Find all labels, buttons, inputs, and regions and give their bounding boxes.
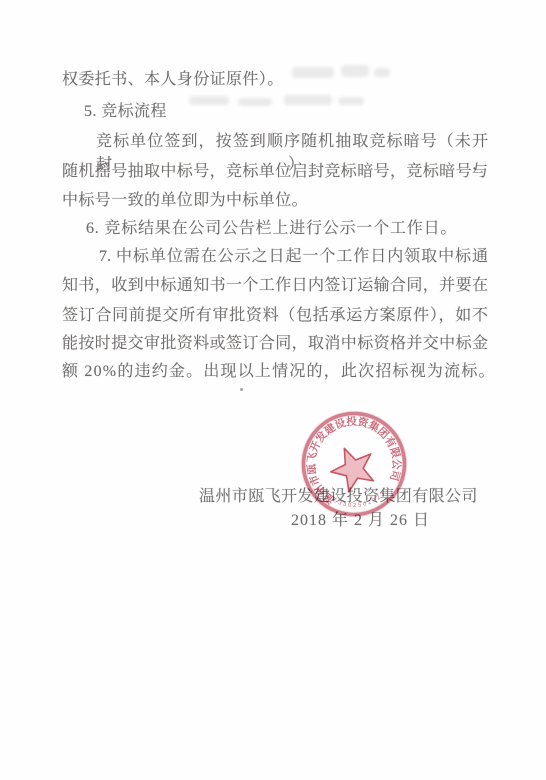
company-seal-stamp: 温州市瓯飞开发建设投资集团有限公司 3302502023 — [284, 394, 424, 534]
body-text-line: 随机摇号抽取中标号，竞标单位启封竞标暗号，竞标暗号与 — [62, 158, 488, 181]
body-text-line: 能按时提交审批资料或签订合同，取消中标资格并交中标金 — [62, 330, 488, 353]
bleed-through-artifact — [374, 68, 390, 77]
body-text-line: 中标号一致的单位即为中标单位。 — [62, 187, 308, 210]
bleed-through-artifact — [292, 67, 334, 78]
scanned-document-page: 权委托书、本人身份证原件）。 5. 竞标流程 竞标单位签到，按签到顺序随机抽取竞… — [0, 0, 546, 780]
body-text-line: 签订合同前提交所有审批资料（包括承运方案原件），如不 — [62, 302, 488, 325]
bleed-through-artifact — [189, 96, 229, 105]
body-text-line: 额 20%的违约金。出现以上情况的，此次招标视为流标。 — [62, 358, 496, 381]
seal-group: 温州市瓯飞开发建设投资集团有限公司 3302502023 — [290, 400, 417, 527]
body-text-line-item-7: 7. 中标单位需在公示之日起一个工作日内领取中标通 — [99, 243, 488, 266]
bleed-through-artifact — [341, 65, 369, 77]
body-text-line: 权委托书、本人身份证原件）。 — [62, 66, 284, 89]
ink-speck-artifact — [240, 388, 243, 391]
body-text-line: 知书，收到中标通知书一个工作日内签订运输合同，并要在 — [62, 272, 488, 295]
bleed-through-artifact — [284, 95, 332, 105]
body-text-line-item-5: 5. 竞标流程 — [84, 98, 167, 121]
bleed-through-artifact — [338, 97, 364, 105]
bleed-through-artifact — [238, 98, 272, 106]
body-text-line-item-6: 6. 竞标结果在公司公告栏上进行公示一个工作日。 — [86, 215, 457, 238]
seal-star-icon — [324, 439, 381, 495]
